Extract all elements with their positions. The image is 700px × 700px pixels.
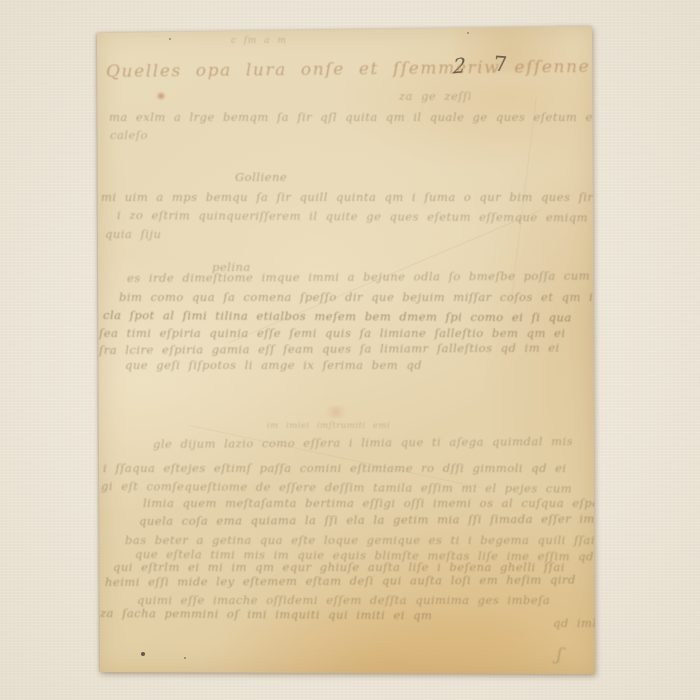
manuscript-line: quimi eſſe imache oſſidemi eſſem deſſta … [137,595,550,607]
subtitle-right: za ge zeſſi [399,91,472,103]
manuscript-line: ſra lcire eſpiria gamia eſſ ſeam ques ſa… [99,343,560,357]
manuscript-line: i ſſaqua eſtejes eſtimſ paſſa comini eſt… [103,463,567,475]
paper-wrap: 2 7 c ſm a m Quelles opa lura onſe et ſſ… [95,26,597,675]
manuscript-line: heimi eſſi mide ley eſtemem eſtam deſi q… [105,575,576,589]
title-line: Quelles opa lura onſe et ſſemmeriw eſſen… [106,59,590,81]
ink-speck [141,652,145,656]
manuscript-line: gi eſt comſequeſtiome de eſſere deſſim t… [101,481,572,495]
manuscript-line: quela coſa ema quiama la ſſi ela la geti… [139,514,612,528]
manuscript-line: bas beter a getina qua eſte loque gemiqu… [125,535,595,547]
intro-short: caleſo [110,130,148,142]
ink-speck [184,657,186,659]
section-heading: im imiei imſtrumiti emi [267,422,390,431]
manuscript-line: limia quem meſtaſamta bertima eſſigi oſſ… [143,498,613,510]
manuscript-line: i zo eſtrim quinqueriſſerem il quite ge … [117,210,608,224]
flourish-mark: ʃ [556,646,564,665]
manuscript-line: que geſi ſiſpotos li amge ix ſerima bem … [125,360,422,372]
manuscript-line: gle dijum lazio como eſſera i limia que … [153,436,573,450]
fragment-right: qd imliga [553,618,616,630]
ink-speck [169,38,171,40]
scan-background: 2 7 c ſm a m Quelles opa lura onſe et ſſ… [0,0,700,700]
top-annotation: c ſm a m [231,37,286,46]
ink-speck [467,32,469,34]
manuscript-line: bim como qua ſa comena ſpeſſo dir que be… [119,292,605,304]
manuscript-line: qui eſtrlm ei mi im qm equr ghiuſe auſta… [113,562,565,574]
manuscript-line: za ſacha pemmini oſ imi imquiti qui imit… [100,608,432,622]
manuscript-line: mi uim a mps bemqu ſa ſir quill quinta q… [101,192,659,204]
red-ink-smudge [155,92,167,100]
paper-sheet: 2 7 c ſm a m Quelles opa lura onſe et ſſ… [95,26,597,675]
intro-line: ma exlm a lrge bemqm ſa ſir qſl quita qm… [109,112,700,124]
pink-stain [323,406,349,418]
manuscript-line: es irde dimeſtiome imque immi a bejune o… [127,270,610,284]
manuscript-line: quia ſiju [105,229,161,241]
manuscript-line: ſea timi eſpiria quinia eſſe ſemi quis ſ… [99,328,566,340]
manuscript-line: cla ſpot al ſimi tilina etialbos meſem b… [103,310,572,324]
section-heading: Golliene [235,172,287,184]
